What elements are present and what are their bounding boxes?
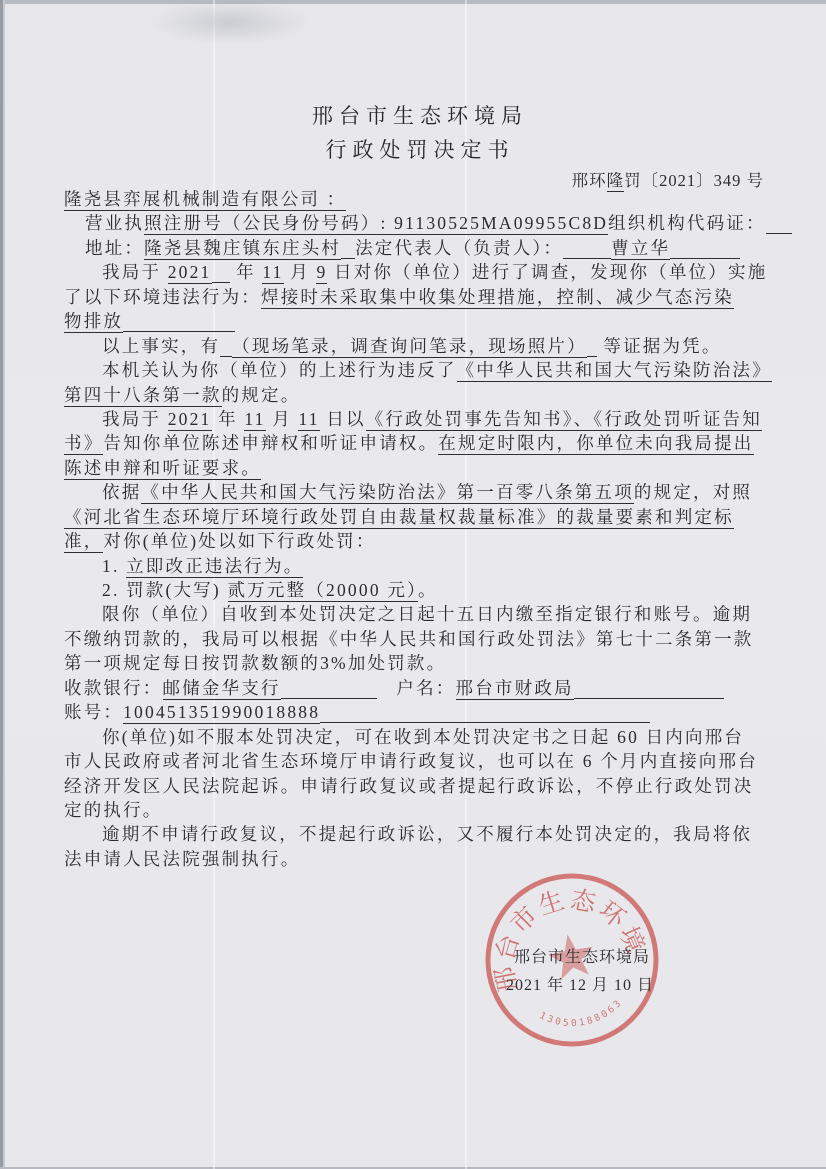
scan-edge-top [0, 0, 826, 4]
underlined-text [212, 265, 230, 283]
signature-date: 2021 年 12 月 10 日 [506, 972, 654, 995]
text-line: 不缴纳罚款的，我局可以根据《中华人民共和国行政处罚法》第七十二条第一款 [64, 627, 770, 651]
underlined-text: （现场笔录，调查询问笔录，现场照片） [232, 336, 587, 358]
text: 本机关认为你（单位）的上述行为违反了 [102, 360, 457, 380]
underlined-text: 贰万元整（20000 元） [228, 580, 418, 602]
underlined-text: 2021 [168, 262, 212, 284]
signature-agency: 邢台市生态环境局 [514, 944, 650, 967]
text-line: 营业执照注册号（公民身份号码）: 91130525MA09955C8D组织机构代… [64, 211, 770, 235]
underlined-text: 11 [298, 409, 319, 431]
text: 账号： [64, 702, 123, 722]
text-line: 第一项规定每日按罚款数额的3%加处罚款。 [64, 651, 770, 675]
underlined-text: 隆尧县魏庄镇东庄头村 [144, 238, 341, 260]
underlined-text: 《中华人民共和国大气污染防治法》 [457, 360, 772, 382]
text-line: 逾期不申请行政复议，不提起行政诉讼，又不履行本处罚决定的，我局将依 [64, 822, 770, 846]
text: 定的执行。 [64, 800, 163, 820]
underlined-text: 曹立华 [611, 238, 670, 260]
text-line: 法申请人民法院强制执行。 [64, 847, 770, 871]
text-line: 地址：隆尧县魏庄镇东庄头村法定代表人（负责人）：曹立华 [64, 236, 770, 260]
text-line: 我局于 2021 年 11 月 9 日对你（单位）进行了调查，发现你（单位）实施 [64, 260, 770, 284]
text: 日以 [320, 409, 366, 429]
underlined-text: 《行政处罚事先告知书》、《行政处罚听证告知 [366, 409, 762, 431]
text-line: 我局于 2021 年 11 月 11 日以《行政处罚事先告知书》、《行政处罚听证… [64, 407, 770, 431]
underlined-text: 立即改正违法行为。 [126, 556, 303, 578]
text-line: 2. 罚款(大写) 贰万元整（20000 元）。 [64, 578, 770, 602]
underlined-text [123, 314, 235, 332]
underlined-text: 准， [64, 531, 103, 553]
text: 法定代表人（负责人）： [355, 238, 563, 258]
text: 日对你（单位）进行了调查，发现你（单位）实施 [327, 262, 767, 282]
underlined-text: 11 [262, 262, 283, 284]
text: 。 [418, 580, 438, 600]
text: 收款银行： [64, 678, 163, 698]
text: 月 [284, 262, 317, 282]
underlined-text: 11 [244, 409, 265, 431]
scan-edge-left-light [3, 0, 5, 1169]
text: 营业执 [85, 213, 144, 233]
underlined-text: 焊接时未采取集中收集处理措施，控制、减少气态污染 [261, 287, 734, 309]
text-line: 物排放 [64, 309, 770, 333]
text-line: 依据《中华人民共和国大气污染防治法》第一百零八条第五项的规定，对照 [64, 480, 770, 504]
text: 对你(单位)处以如下行政处罚： [103, 531, 375, 551]
underlined-text [587, 339, 597, 357]
underlined-text: 物排放 [64, 311, 123, 333]
text: 户名： [377, 678, 456, 698]
text-line: 第四十八条第一款的规定。 [64, 383, 770, 407]
scan-shadow [150, 0, 310, 45]
underlined-text [281, 681, 377, 699]
text-line: 收款银行：邮储金华支行 户名：邢台市财政局 [64, 676, 770, 700]
underlined-text: 9 [316, 262, 327, 284]
text: 等证据为凭。 [597, 336, 722, 356]
text-line: 《河北省生态环境厅环境行政处罚自由裁量权裁量标准》的裁量要素和判定标 [64, 505, 770, 529]
document-body: 隆尧县弈展机械制造有限公司 ：营业执照注册号（公民身份号码）: 91130525… [64, 187, 770, 871]
underlined-text: 2021 [168, 409, 212, 431]
text: 以上事实，有 [102, 336, 220, 356]
text: 经济开发区人民法院起诉。申请行政复议或者提起行政诉讼，不停止行政处罚决 [64, 776, 754, 796]
underlined-text: 100451351990018888 [123, 702, 320, 724]
underlined-text [766, 216, 792, 234]
underlined-text: 邢台市财政局 [456, 678, 574, 700]
text: 组织机构代码证： [608, 213, 766, 233]
text: 的规定，对照 [634, 482, 752, 502]
text-line: 了以下环境违法行为：焊接时未采取集中收集处理措施，控制、减少气态污染 [64, 285, 770, 309]
underlined-text: 邮储金华支行 [163, 678, 281, 700]
text: 我局于 [102, 409, 168, 429]
underlined-text [574, 681, 724, 699]
text-line: 陈述申辩和听证要求。 [64, 456, 770, 480]
text: 法申请人民法院强制执行。 [64, 849, 300, 869]
underlined-text: 隆尧县弈展机械制造有限公司 ： [64, 189, 346, 211]
text: 逾期不申请行政复议，不提起行政诉讼，又不履行本处罚决定的，我局将依 [102, 824, 752, 844]
document-title-agency: 邢台市生态环境局 [0, 100, 826, 130]
text: 告知你单位陈述申辩权和听证申请权。 [103, 433, 438, 453]
underlined-text [220, 339, 232, 357]
text-line: 经济开发区人民法院起诉。申请行政复议或者提起行政诉讼，不停止行政处罚决 [64, 774, 770, 798]
underlined-text: 书》 [64, 433, 103, 455]
text-line: 账号：100451351990018888 [64, 700, 770, 724]
text: 年 [212, 409, 245, 429]
text: 1. [102, 556, 126, 576]
underlined-text [670, 241, 740, 259]
text: 的规定。 [222, 385, 301, 405]
text-line: 准，对你(单位)处以如下行政处罚： [64, 529, 770, 553]
underlined-text: 在规定时限内，你单位未向我局提出 [438, 433, 753, 455]
text: 2. 罚款(大写) [102, 580, 228, 600]
text-line: 书》告知你单位陈述申辩权和听证申请权。在规定时限内，你单位未向我局提出 [64, 431, 770, 455]
text: 月 [266, 409, 299, 429]
text: 第一项规定每日按罚款数额的3%加处罚款。 [64, 653, 446, 673]
text-line: 市人民政府或者河北省生态环境厅申请行政复议，也可以在 6 个月内直接向邢台 [64, 749, 770, 773]
text: 了以下环境违法行为： [64, 287, 261, 307]
text: 市人民政府或者河北省生态环境厅申请行政复议，也可以在 6 个月内直接向邢台 [64, 751, 758, 771]
underlined-text [341, 241, 355, 259]
text-line: 定的执行。 [64, 798, 770, 822]
text-line: 你(单位)如不服本处罚决定，可在收到本处罚决定书之日起 60 日内向邢台 [64, 725, 770, 749]
underlined-text: 陈述申辩和听证要求。 [64, 458, 261, 480]
underlined-text: 《河北省生态环境厅环境行政处罚自由裁量权裁量标准》的裁量要素和判定标 [64, 507, 734, 529]
text-line: 本机关认为你（单位）的上述行为违反了《中华人民共和国大气污染防治法》 [64, 358, 770, 382]
underlined-text: 照注册号（公民身份号码）: 91130525MA09955C8D [144, 213, 608, 235]
text: 不缴纳罚款的，我局可以根据《中华人民共和国行政处罚法》第七十二条第一款 [64, 629, 754, 649]
text: 地址： [85, 238, 144, 258]
document-title-type: 行政处罚决定书 [0, 134, 826, 164]
text-line: 限你（单位）自收到本处罚决定之日起十五日内缴至指定银行和账号。逾期 [64, 602, 770, 626]
text: 我局于 [102, 262, 168, 282]
scanned-penalty-decision-document: 邢台市生态环境局 行政处罚决定书 邢环隆罚〔2021〕349 号 隆尧县弈展机械… [0, 0, 826, 1169]
text: 年 [230, 262, 263, 282]
underlined-text: 第四十八条第一款 [64, 385, 222, 407]
underlined-text: 《中华人民共和国大气污染防治法》第一百零八条第五项 [141, 482, 634, 504]
text: 依据 [102, 482, 141, 502]
text-line: 1. 立即改正违法行为。 [64, 554, 770, 578]
underlined-text [563, 241, 611, 259]
underlined-text [320, 705, 650, 723]
text-line: 隆尧县弈展机械制造有限公司 ： [64, 187, 770, 211]
text-line: 以上事实，有（现场笔录，调查询问笔录，现场照片） 等证据为凭。 [64, 334, 770, 358]
text: 限你（单位）自收到本处罚决定之日起十五日内缴至指定银行和账号。逾期 [102, 604, 752, 624]
text: 你(单位)如不服本处罚决定，可在收到本处罚决定书之日起 60 日内向邢台 [102, 727, 744, 747]
